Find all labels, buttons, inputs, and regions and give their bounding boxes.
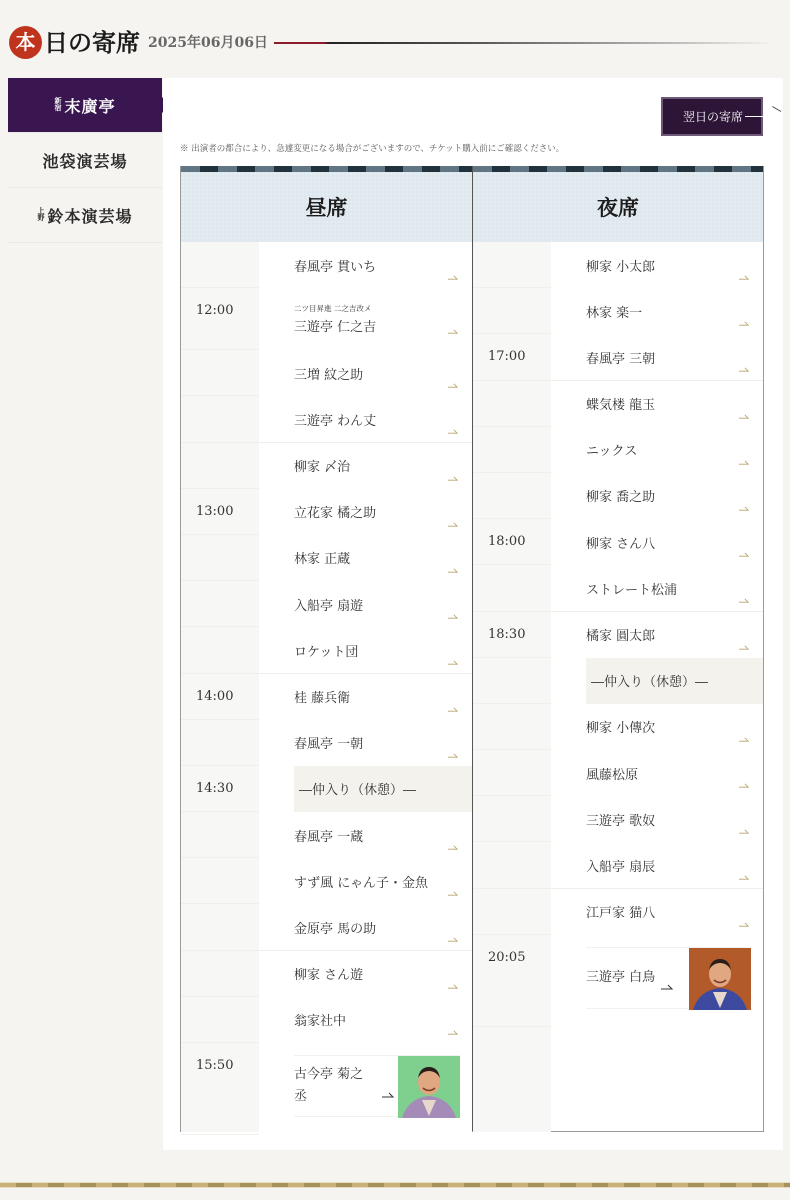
session-body: 春風亭 貫いち12:00二ツ目昇進 二之吉改メ三遊亭 仁之吉三増 紋之助三遊亭 … <box>181 242 472 1135</box>
next-day-button[interactable]: 翌日の寄席 <box>661 97 763 136</box>
performer-name: 風藤松原 <box>586 768 638 783</box>
performer-cell[interactable]: 春風亭 貫いち <box>259 242 472 288</box>
performer-cell[interactable]: 春風亭 一朝 <box>259 720 472 766</box>
performer-text: 春風亭 一蔵 <box>294 826 363 845</box>
performer-row: 金原亭 馬の助 <box>181 904 472 950</box>
performer-cell[interactable]: 二ツ目昇進 二之吉改メ三遊亭 仁之吉 <box>259 288 472 350</box>
performer-text: ストレート松浦 <box>586 579 677 598</box>
arrow-right-icon <box>448 974 458 979</box>
arrow-right-icon <box>448 319 458 324</box>
arrow-right-icon <box>739 727 749 732</box>
performer-text: 入船亭 扇遊 <box>294 595 363 614</box>
arrow-right-icon <box>739 588 749 593</box>
performer-row: 春風亭 一蔵 <box>181 812 472 858</box>
performer-text: ニックス <box>586 440 637 459</box>
performer-cell[interactable]: 桂 藤兵衛 <box>259 674 472 720</box>
performer-cell[interactable]: 林家 楽一 <box>551 288 763 334</box>
arrow-right-icon <box>739 819 749 824</box>
sidebar-item-suehirotei[interactable]: 新宿 末廣亭 <box>8 78 162 133</box>
time-label: 18:00 <box>488 519 525 565</box>
performer-photo <box>689 948 751 1010</box>
performer-row: 12:00二ツ目昇進 二之吉改メ三遊亭 仁之吉 <box>181 288 472 350</box>
performer-row: 柳家 〆治 <box>181 443 472 489</box>
arrow-right-icon <box>739 357 749 362</box>
performer-cell[interactable]: 橘家 圓太郎 <box>551 612 763 658</box>
performer-text: 林家 楽一 <box>586 302 642 321</box>
session-title: 夜席 <box>473 172 763 242</box>
performer-text: 柳家 小傳次 <box>586 717 655 736</box>
arrow-right-icon <box>739 773 749 778</box>
footer-divider <box>0 1182 790 1188</box>
performer-row: 柳家 小太郎 <box>473 242 763 288</box>
performer-text: 柳家 喬之助 <box>586 486 655 505</box>
performer-name: 林家 楽一 <box>586 306 642 321</box>
performer-row: 春風亭 貫いち <box>181 242 472 288</box>
performer-name: 江戸家 猫八 <box>586 906 655 921</box>
performer-row: 風藤松原 <box>473 750 763 796</box>
performer-name: 蝶気楼 龍玉 <box>586 398 655 413</box>
performer-cell[interactable]: 金原亭 馬の助 <box>259 904 472 950</box>
performer-name: 立花家 橘之助 <box>294 506 376 521</box>
performer-row: 17:00春風亭 三朝 <box>473 334 763 380</box>
intermission-cell: ―仲入り（休憩）― <box>259 766 472 812</box>
performer-row: ストレート松浦 <box>473 565 763 611</box>
performer-text: 蝶気楼 龍玉 <box>586 394 655 413</box>
performer-name: 柳家 小太郎 <box>586 260 655 275</box>
performer-name: 柳家 さん八 <box>586 537 655 552</box>
performer-row: 13:00立花家 橘之助 <box>181 489 472 535</box>
performer-cell[interactable]: 三遊亭 わん丈 <box>259 396 472 442</box>
performer-text: 桂 藤兵衛 <box>294 687 350 706</box>
day-session: 昼席 春風亭 貫いち12:00二ツ目昇進 二之吉改メ三遊亭 仁之吉三増 紋之助三… <box>181 166 472 1131</box>
performer-name: 柳家 〆治 <box>294 460 350 475</box>
arrow-right-icon <box>448 835 458 840</box>
arrow-right-icon <box>448 373 458 378</box>
performer-row: 入船亭 扇辰 <box>473 842 763 888</box>
performer-row: 春風亭 一朝 <box>181 720 472 766</box>
performer-cell[interactable]: 春風亭 三朝 <box>551 334 763 380</box>
headliner-card[interactable]: 古今亭 菊之丞 <box>294 1055 460 1117</box>
performer-row: 柳家 小傳次 <box>473 704 763 750</box>
arrow-right-icon <box>739 912 749 917</box>
performer-text: すず風 にゃん子・金魚 <box>294 872 428 891</box>
performer-row: 三遊亭 歌奴 <box>473 796 763 842</box>
performer-name: 柳家 喬之助 <box>586 490 655 505</box>
performer-row: ―仲入り（休憩）― <box>473 658 763 704</box>
performer-photo <box>398 1056 460 1118</box>
performer-text: 三増 紋之助 <box>294 364 363 383</box>
performer-cell[interactable]: すず風 にゃん子・金魚 <box>259 858 472 904</box>
performer-row: 三増 紋之助 <box>181 350 472 396</box>
arrow-right-icon <box>739 265 749 270</box>
performer-name: 橘家 圓太郎 <box>586 629 655 644</box>
arrow-right-icon <box>739 496 749 501</box>
performer-cell[interactable]: 柳家 小太郎 <box>551 242 763 288</box>
session-title: 昼席 <box>181 172 472 242</box>
performer-cell[interactable]: ロケット団 <box>259 627 472 673</box>
performer-row: 18:30橘家 圓太郎 <box>473 612 763 658</box>
performer-cell[interactable]: 三遊亭 歌奴 <box>551 796 763 842</box>
venue-label: 池袋演芸場 <box>42 149 127 172</box>
performer-name: 柳家 さん遊 <box>294 968 363 983</box>
sidebar-item-ikebukuro[interactable]: 池袋演芸場 <box>8 133 162 188</box>
next-day-label: 翌日の寄席 <box>683 108 743 125</box>
time-label: 20:05 <box>488 935 525 981</box>
performer-text: 風藤松原 <box>586 764 638 783</box>
page-title: 日の寄席 <box>44 26 140 60</box>
arrow-right-icon <box>382 1083 394 1089</box>
arrow-right-icon <box>448 650 458 655</box>
main-panel: 翌日の寄席 ※ 出演者の都合により、急遽変更になる場合がございますので、チケット… <box>163 78 783 1150</box>
performer-text: 橘家 圓太郎 <box>586 625 655 644</box>
performer-row: 入船亭 扇遊 <box>181 581 472 627</box>
performer-cell[interactable]: 柳家 さん遊 <box>259 951 472 997</box>
performer-cell[interactable]: 柳家 小傳次 <box>551 704 763 750</box>
performer-cell[interactable]: 柳家 〆治 <box>259 443 472 489</box>
performer-text: 二ツ目昇進 二之吉改メ三遊亭 仁之吉 <box>294 303 376 335</box>
performer-row: ニックス <box>473 427 763 473</box>
performer-cell[interactable]: 柳家 喬之助 <box>551 473 763 519</box>
performer-cell[interactable]: 蝶気楼 龍玉 <box>551 381 763 427</box>
performer-cell[interactable]: ストレート松浦 <box>551 565 763 611</box>
performer-name: 桂 藤兵衛 <box>294 691 350 706</box>
time-label: 17:00 <box>488 334 525 380</box>
intermission-label: ―仲入り（休憩）― <box>586 658 763 704</box>
performer-cell[interactable]: 入船亭 扇遊 <box>259 581 472 627</box>
venue-label: 鈴本演芸場 <box>47 204 132 227</box>
time-label: 13:00 <box>196 489 233 535</box>
performer-row: 江戸家 猫八 <box>473 889 763 935</box>
performer-cell[interactable]: 風藤松原 <box>551 750 763 796</box>
performer-row: 林家 正蔵 <box>181 535 472 581</box>
arrow-right-icon <box>448 1020 458 1025</box>
notice-text: ※ 出演者の都合により、急遽変更になる場合がございますので、チケット購入前にご確… <box>180 142 564 154</box>
performer-name: ストレート松浦 <box>586 583 677 598</box>
performer-text: 江戸家 猫八 <box>586 902 655 921</box>
performer-text: 金原亭 馬の助 <box>294 918 376 937</box>
night-session: 夜席 柳家 小太郎林家 楽一17:00春風亭 三朝蝶気楼 龍玉ニックス柳家 喬之… <box>472 166 763 1131</box>
performer-name: 春風亭 一朝 <box>294 737 363 752</box>
performer-row: 蝶気楼 龍玉 <box>473 381 763 427</box>
performer-row: ロケット団 <box>181 627 472 673</box>
performer-name: 春風亭 三朝 <box>586 352 655 367</box>
performer-name: 三遊亭 仁之吉 <box>294 320 376 335</box>
performer-name: 三遊亭 歌奴 <box>586 814 655 829</box>
performer-subtitle: 二ツ目昇進 二之吉改メ <box>294 303 376 314</box>
time-label: 18:30 <box>488 612 525 658</box>
performer-text: 柳家 〆治 <box>294 456 350 475</box>
performer-cell[interactable]: 春風亭 一蔵 <box>259 812 472 858</box>
performer-text: 三遊亭 歌奴 <box>586 810 655 829</box>
time-label: 12:00 <box>196 288 233 350</box>
venue-prefix: 上野 <box>37 208 45 222</box>
page-date: 2025年06月06日 <box>148 33 268 53</box>
performer-text: 春風亭 三朝 <box>586 348 655 367</box>
performer-name: すず風 にゃん子・金魚 <box>294 876 428 891</box>
performer-text: 翁家社中 <box>294 1010 346 1029</box>
page-header: 本 日の寄席 2025年06月06日 <box>0 0 790 80</box>
performer-text: ロケット団 <box>294 641 358 660</box>
headliner-cell[interactable]: 古今亭 菊之丞 <box>259 1043 472 1135</box>
title-mark: 本 <box>9 26 42 59</box>
performer-name: 翁家社中 <box>294 1014 346 1029</box>
performer-name: 古今亭 菊之丞 <box>294 1064 376 1108</box>
performer-name: 金原亭 馬の助 <box>294 922 376 937</box>
arrow-right-icon <box>448 604 458 609</box>
arrow-right-icon <box>739 404 749 409</box>
time-label: 15:50 <box>196 1043 233 1089</box>
title-divider <box>274 42 774 44</box>
venue-label: 末廣亭 <box>64 94 115 117</box>
arrow-right-icon <box>448 558 458 563</box>
performer-name: 三遊亭 わん丈 <box>294 414 376 429</box>
headliner-card[interactable]: 三遊亭 白鳥 <box>586 947 751 1009</box>
arrow-right-icon <box>739 542 749 547</box>
performer-text: 林家 正蔵 <box>294 548 350 567</box>
performer-cell[interactable]: ニックス <box>551 427 763 473</box>
performer-name: 三増 紋之助 <box>294 368 363 383</box>
performer-text: 柳家 さん遊 <box>294 964 363 983</box>
performer-row: 翁家社中 <box>181 997 472 1043</box>
performer-row: 20:05三遊亭 白鳥 <box>473 935 763 1027</box>
performer-row: 18:00柳家 さん八 <box>473 519 763 565</box>
arrow-right-icon <box>739 635 749 640</box>
performer-name: 入船亭 扇遊 <box>294 599 363 614</box>
performer-cell[interactable]: 翁家社中 <box>259 997 472 1043</box>
performer-name: 林家 正蔵 <box>294 552 350 567</box>
performer-text: 春風亭 一朝 <box>294 733 363 752</box>
performer-cell[interactable]: 入船亭 扇辰 <box>551 842 763 888</box>
intermission-cell: ―仲入り（休憩）― <box>551 658 763 704</box>
performer-cell[interactable]: 柳家 さん八 <box>551 519 763 565</box>
arrow-right-icon <box>448 881 458 886</box>
performer-name: 三遊亭 白鳥 <box>586 967 655 989</box>
performer-name: 入船亭 扇辰 <box>586 860 655 875</box>
venue-sidebar: 新宿 末廣亭 池袋演芸場 上野 鈴本演芸場 <box>8 78 162 243</box>
performer-cell[interactable]: 三増 紋之助 <box>259 350 472 396</box>
time-label: 14:00 <box>196 674 233 720</box>
arrow-right-icon <box>448 466 458 471</box>
arrow-right-icon <box>448 512 458 517</box>
headliner-cell[interactable]: 三遊亭 白鳥 <box>551 935 763 1027</box>
intermission-label: ―仲入り（休憩）― <box>294 766 472 812</box>
performer-row: 三遊亭 わん丈 <box>181 396 472 442</box>
performer-name: 春風亭 貫いち <box>294 260 376 275</box>
performer-name: ロケット団 <box>294 645 358 660</box>
arrow-right-icon <box>448 419 458 424</box>
performer-text: 立花家 橘之助 <box>294 502 376 521</box>
arrow-right-icon <box>745 116 781 117</box>
arrow-right-icon <box>448 743 458 748</box>
performer-cell[interactable]: 江戸家 猫八 <box>551 889 763 935</box>
performer-name: 春風亭 一蔵 <box>294 830 363 845</box>
arrow-right-icon <box>739 311 749 316</box>
venue-prefix: 新宿 <box>54 98 62 112</box>
performer-row: 15:50古今亭 菊之丞 <box>181 1043 472 1135</box>
arrow-right-icon <box>448 697 458 702</box>
arrow-right-icon <box>739 450 749 455</box>
arrow-right-icon <box>448 927 458 932</box>
performer-text: 柳家 小太郎 <box>586 256 655 275</box>
performer-name: ニックス <box>586 444 637 459</box>
performer-text: 三遊亭 わん丈 <box>294 410 376 429</box>
performer-row: 柳家 さん遊 <box>181 951 472 997</box>
performer-text: 入船亭 扇辰 <box>586 856 655 875</box>
performer-text: 柳家 さん八 <box>586 533 655 552</box>
sidebar-item-suzumoto[interactable]: 上野 鈴本演芸場 <box>8 188 162 243</box>
performer-row: すず風 にゃん子・金魚 <box>181 858 472 904</box>
performer-cell[interactable]: 立花家 橘之助 <box>259 489 472 535</box>
performer-cell[interactable]: 林家 正蔵 <box>259 535 472 581</box>
time-label: 14:30 <box>196 766 233 812</box>
performer-row: 14:00桂 藤兵衛 <box>181 674 472 720</box>
arrow-right-icon <box>448 265 458 270</box>
arrow-right-icon <box>661 975 673 981</box>
session-body: 柳家 小太郎林家 楽一17:00春風亭 三朝蝶気楼 龍玉ニックス柳家 喬之助18… <box>473 242 763 1027</box>
arrow-right-icon <box>739 865 749 870</box>
performer-text: 春風亭 貫いち <box>294 256 376 275</box>
performer-name: 柳家 小傳次 <box>586 721 655 736</box>
performer-row: 14:30―仲入り（休憩）― <box>181 766 472 812</box>
schedule-table: 昼席 春風亭 貫いち12:00二ツ目昇進 二之吉改メ三遊亭 仁之吉三増 紋之助三… <box>180 166 764 1132</box>
performer-row: 林家 楽一 <box>473 288 763 334</box>
performer-row: 柳家 喬之助 <box>473 473 763 519</box>
